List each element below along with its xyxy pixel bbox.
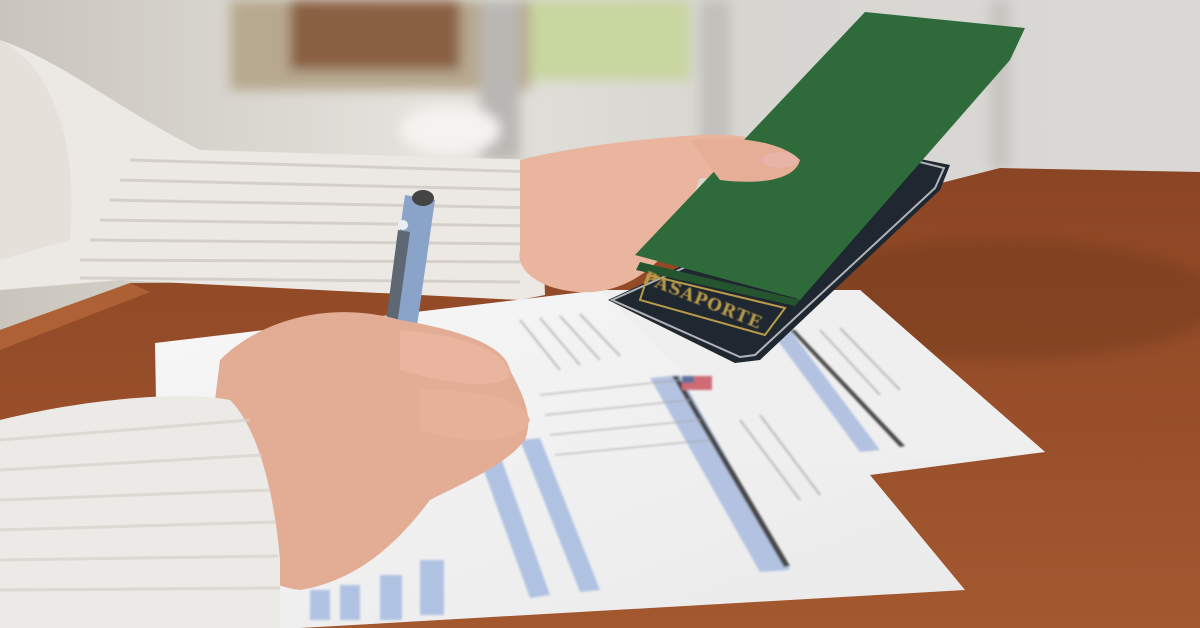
photo-scene: PASAPORTE (0, 0, 1200, 628)
scene-illustration (0, 0, 1200, 628)
sweater-arm-lower (0, 396, 280, 628)
